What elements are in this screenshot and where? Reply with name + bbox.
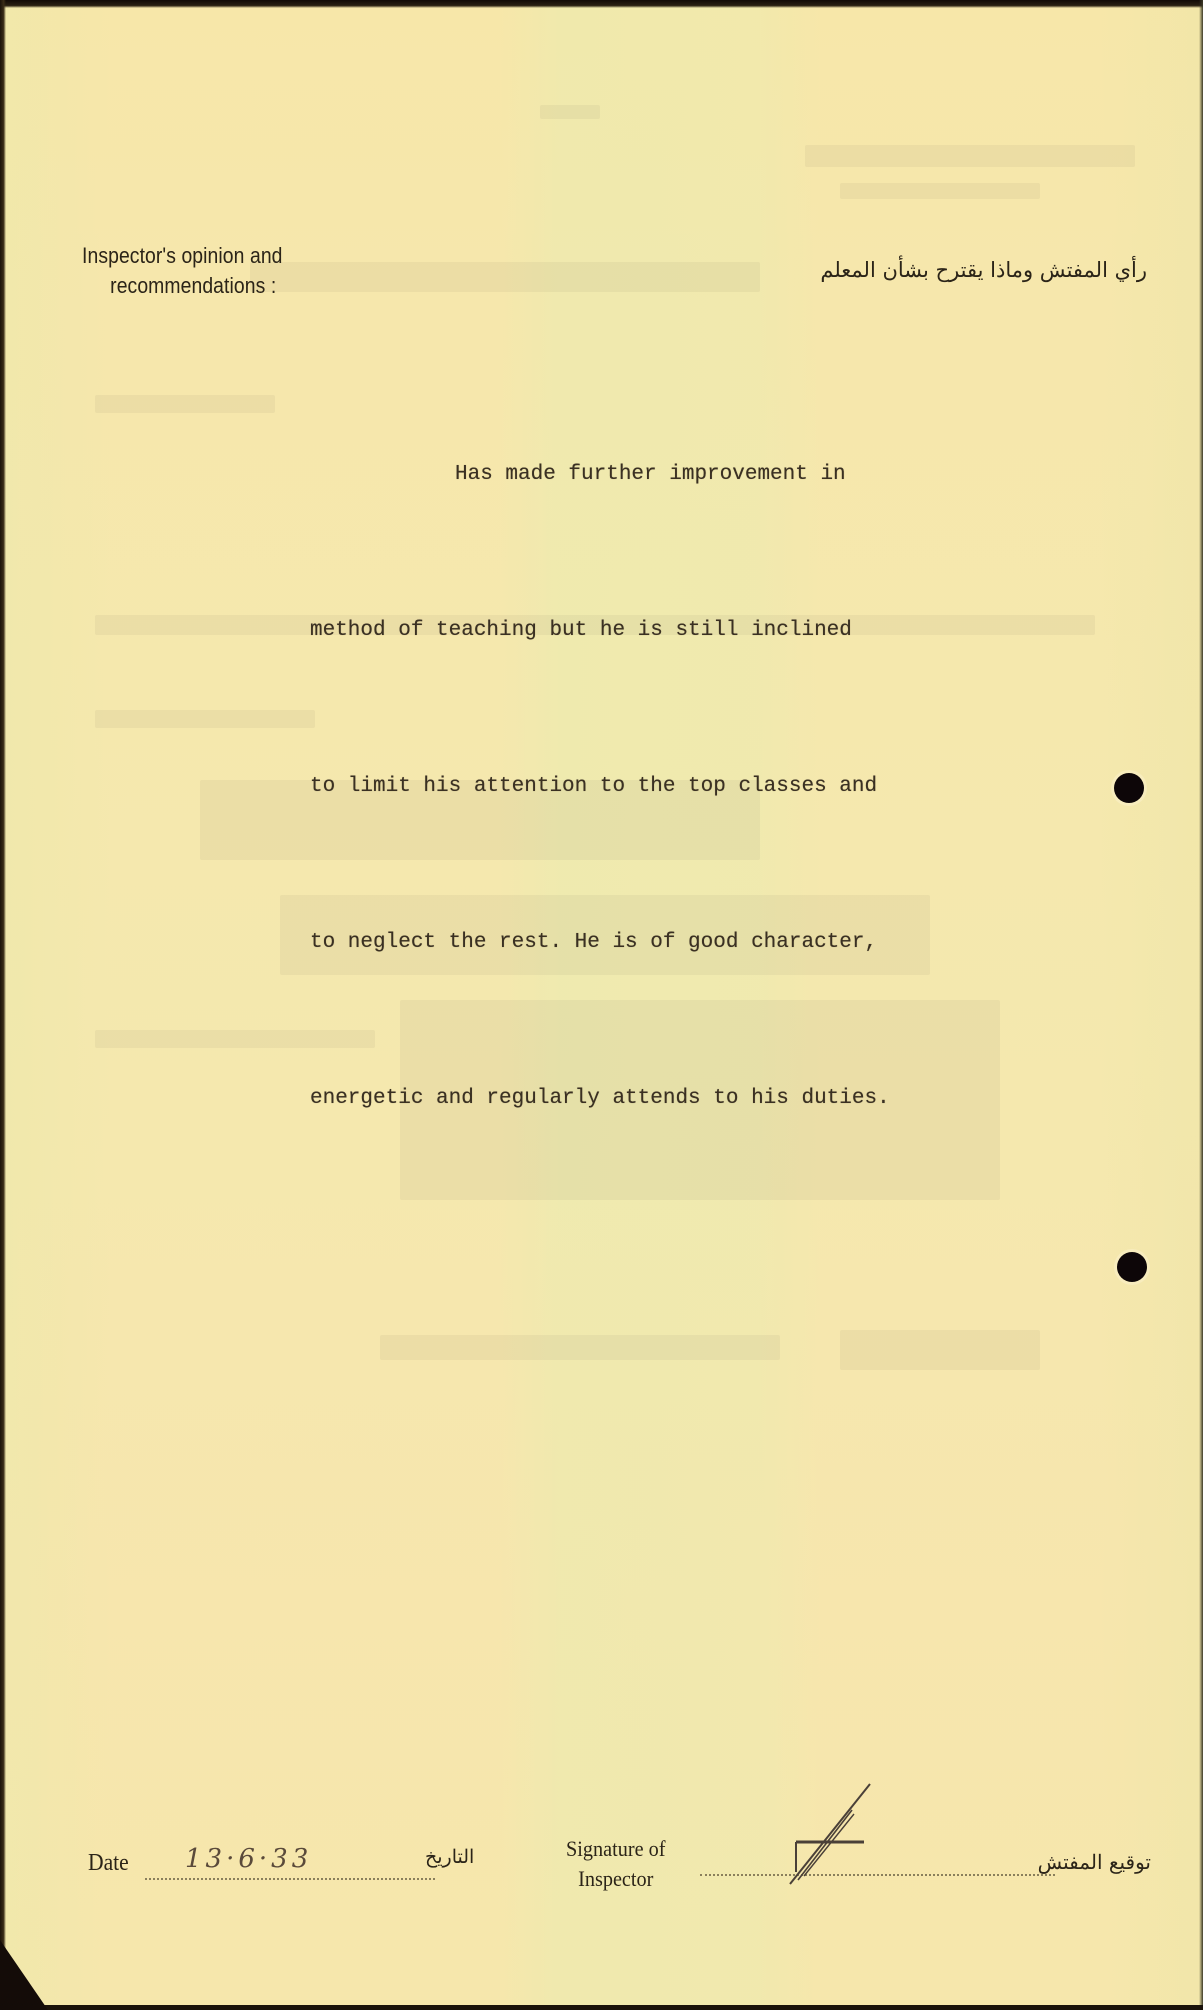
date-label: Date — [88, 1850, 129, 1877]
signature-label-ar: توقيع المفتش — [1038, 1850, 1151, 1874]
torn-corner — [0, 1940, 48, 2010]
scan-edge-bottom — [0, 2005, 1203, 2010]
signature-footer: Date 13·6·33 التاريخ Signature of Inspec… — [0, 1830, 1203, 1930]
opinion-label-ar: رأي المفتش وماذا يقترح بشأن المعلم — [820, 258, 1147, 282]
signature-mark-icon — [780, 1780, 890, 1890]
signature-label-line1: Signature of — [566, 1834, 666, 1864]
scan-edge-top — [0, 0, 1203, 8]
punch-hole-top — [1114, 773, 1144, 803]
document-page: Inspector's opinion and recommendations … — [0, 0, 1203, 2010]
opinion-label-en: Inspector's opinion and recommendations … — [82, 241, 283, 301]
signature-label-line2: Inspector — [566, 1864, 666, 1894]
scan-edge-left — [0, 0, 6, 2010]
opinion-label-line1: Inspector's opinion and — [82, 243, 283, 268]
signature-label: Signature of Inspector — [566, 1834, 666, 1894]
opinion-label-line2: recommendations : — [82, 271, 283, 301]
date-field-line — [145, 1878, 435, 1880]
opinion-text-line: to limit his attention to the top classe… — [310, 761, 890, 813]
opinion-text-line: Has made further improvement in — [310, 449, 890, 501]
scan-edge-right — [1199, 0, 1203, 2010]
punch-hole-bottom — [1117, 1252, 1147, 1282]
date-value: 13·6·33 — [185, 1844, 312, 1874]
date-label-ar: التاريخ — [425, 1846, 474, 1868]
opinion-text-line: energetic and regularly attends to his d… — [310, 1073, 890, 1125]
opinion-text-line: to neglect the rest. He is of good chara… — [310, 917, 890, 969]
opinion-text-line: method of teaching but he is still incli… — [310, 605, 890, 657]
inspector-opinion-text: Has made further improvement in method o… — [310, 345, 890, 1229]
